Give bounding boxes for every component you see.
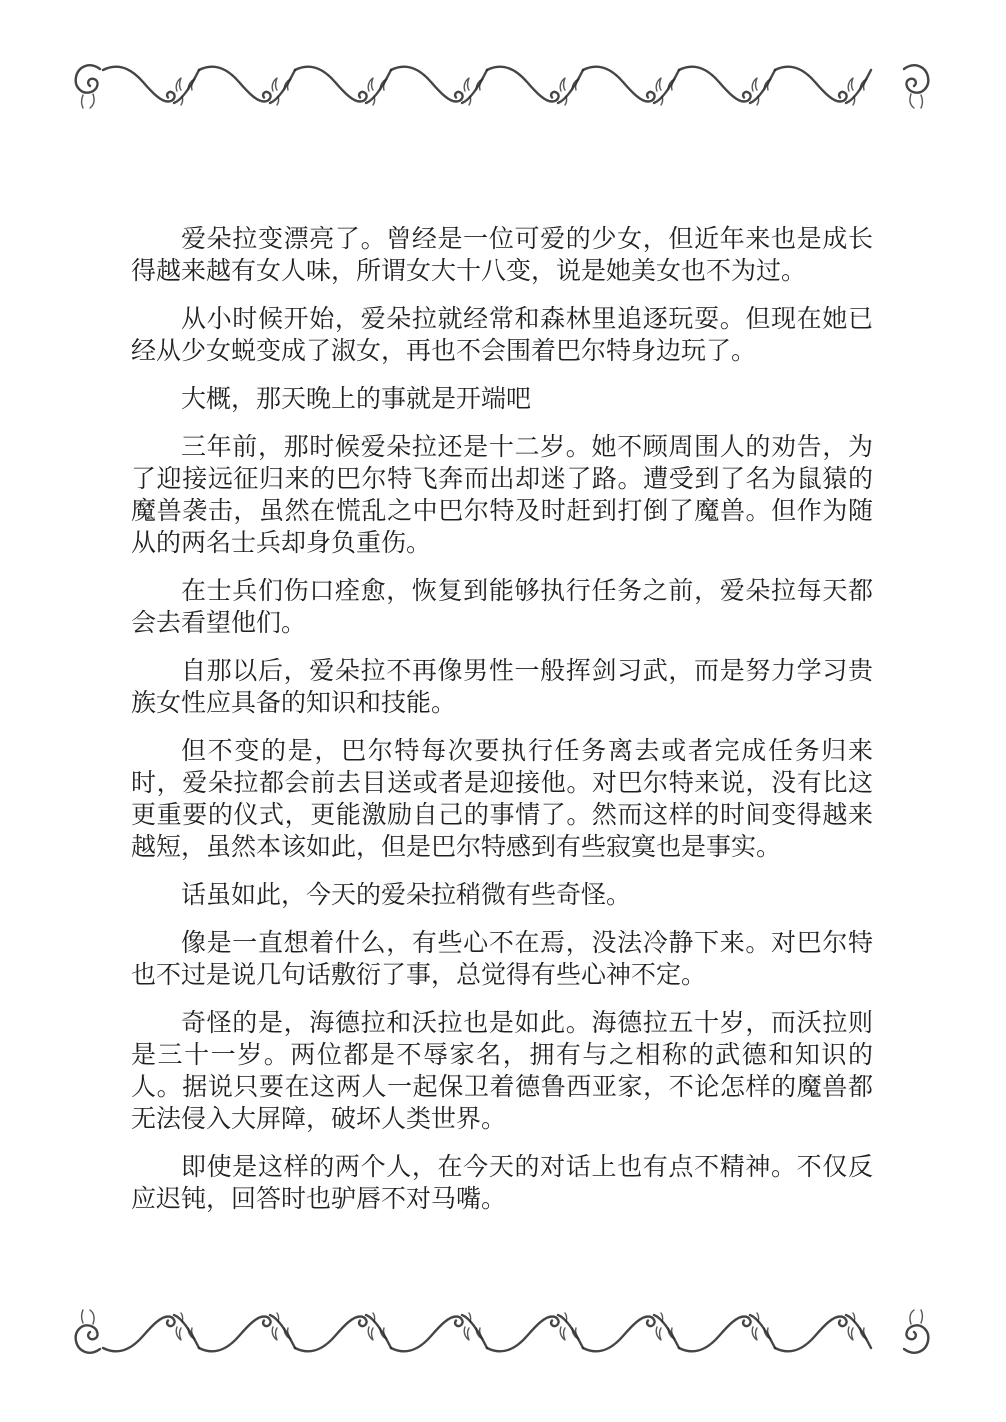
paragraph: 即使是这样的两个人，在今天的对话上也有点不精神。不仅反应迟钝，回答时也驴唇不对马… bbox=[131, 1151, 873, 1215]
paragraph: 像是一直想着什么，有些心不在焉，没法冷静下来。对巴尔特也不过是说几句话敷衍了事，… bbox=[131, 927, 873, 991]
paragraph: 自那以后，爱朵拉不再像男性一般挥剑习武，而是努力学习贵族女性应具备的知识和技能。 bbox=[131, 655, 873, 719]
paragraph: 三年前，那时候爱朵拉还是十二岁。她不顾周围人的劝告，为了迎接远征归来的巴尔特飞奔… bbox=[131, 431, 873, 559]
paragraph: 爱朵拉变漂亮了。曾经是一位可爱的少女，但近年来也是成长得越来越有女人味，所谓女大… bbox=[131, 223, 873, 287]
top-flourish-divider-icon bbox=[73, 60, 933, 112]
page-text-block: 爱朵拉变漂亮了。曾经是一位可爱的少女，但近年来也是成长得越来越有女人味，所谓女大… bbox=[131, 223, 873, 1231]
paragraph: 大概，那天晚上的事就是开端吧 bbox=[131, 383, 873, 415]
bottom-flourish-divider-icon bbox=[73, 1306, 933, 1358]
book-page: 爱朵拉变漂亮了。曾经是一位可爱的少女，但近年来也是成长得越来越有女人味，所谓女大… bbox=[0, 0, 1006, 1422]
paragraph: 话虽如此，今天的爱朵拉稍微有些奇怪。 bbox=[131, 879, 873, 911]
paragraph: 从小时候开始，爱朵拉就经常和森林里追逐玩耍。但现在她已经从少女蜕变成了淑女，再也… bbox=[131, 303, 873, 367]
paragraph: 但不变的是，巴尔特每次要执行任务离去或者完成任务归来时，爱朵拉都会前去目送或者是… bbox=[131, 735, 873, 863]
paragraph: 在士兵们伤口痊愈，恢复到能够执行任务之前，爱朵拉每天都会去看望他们。 bbox=[131, 575, 873, 639]
paragraph: 奇怪的是，海德拉和沃拉也是如此。海德拉五十岁，而沃拉则是三十一岁。两位都是不辱家… bbox=[131, 1007, 873, 1135]
